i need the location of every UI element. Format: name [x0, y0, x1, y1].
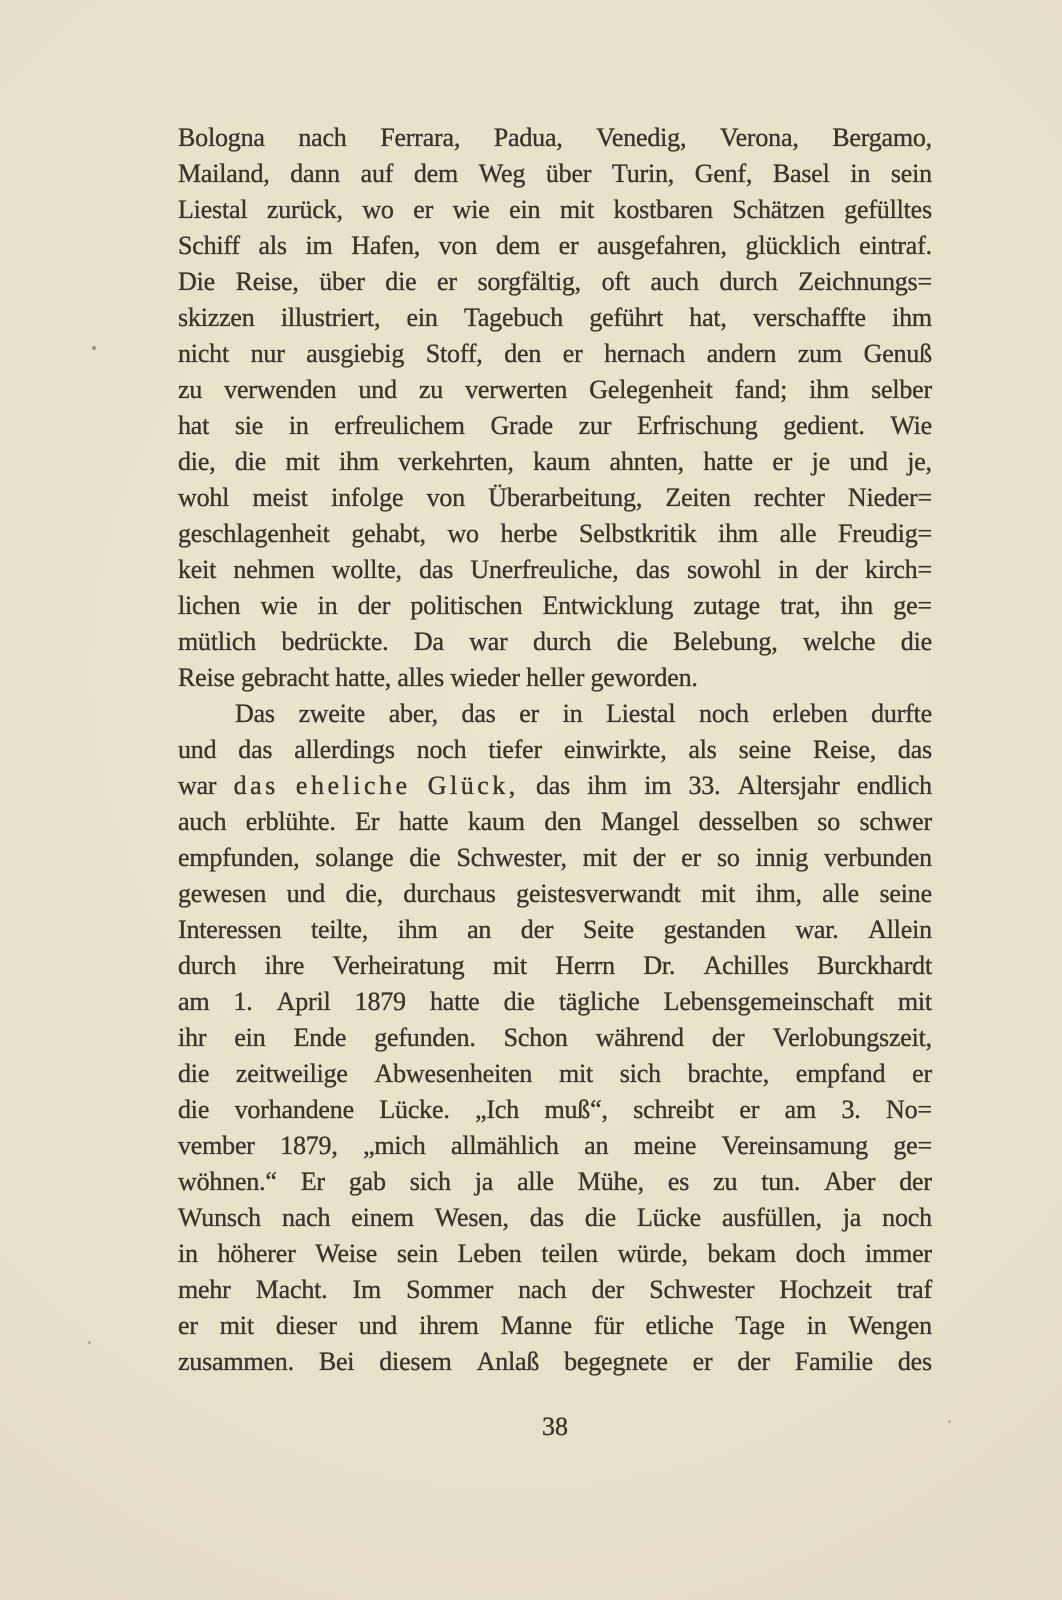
text-line: mehrMacht.ImSommernachderSchwesterHochze… [178, 1272, 932, 1308]
paragraph: Daszweiteaber,daserinLiestalnocherlebend… [178, 696, 932, 1380]
text-line: WunschnacheinemWesen,dasdieLückeausfülle… [178, 1200, 932, 1236]
text-line: gewesenunddie,durchausgeistesverwandtmit… [178, 876, 932, 912]
text-line: Liestalzurück,woerwieeinmitkostbarenSchä… [178, 192, 932, 228]
text-line: zuverwendenundzuverwertenGelegenheitfand… [178, 372, 932, 408]
page-number: 38 [178, 1408, 932, 1446]
text-line: wohlmeistinfolgevonÜberarbeitung,Zeitenr… [178, 480, 932, 516]
book-page: BolognanachFerrara,Padua,Venedig,Verona,… [0, 0, 1062, 1600]
text-line: vember1879,„michallmählichanmeineVereins… [178, 1128, 932, 1164]
text-line: lichenwieinderpolitischenEntwicklungzuta… [178, 588, 932, 624]
text-line: Mailand,dannaufdemWegüberTurin,Genf,Base… [178, 156, 932, 192]
text-line: die,diemitihmverkehrten,kaumahnten,hatte… [178, 444, 932, 480]
text-line: wardasehelicheGlück,dasihmim33.Altersjah… [178, 768, 932, 804]
text-line: Reise gebracht hatte, alles wieder helle… [178, 660, 932, 696]
text-line: Interessenteilte,ihmanderSeitegestandenw… [178, 912, 932, 948]
text-line: durchihreVerheiratungmitHerrnDr.Achilles… [178, 948, 932, 984]
text-line: wöhnen.“ErgabsichjaalleMühe,eszutun.Aber… [178, 1164, 932, 1200]
text-line: mütlichbedrückte.DawardurchdieBelebung,w… [178, 624, 932, 660]
text-line: zusammen.BeidiesemAnlaßbegegneteerderFam… [178, 1344, 932, 1380]
scan-speck [88, 1341, 91, 1344]
text-line: geschlagenheitgehabt,woherbeSelbstkritik… [178, 516, 932, 552]
text-line: hatsieinerfreulichemGradezurErfrischungg… [178, 408, 932, 444]
text-line: inhöhererWeiseseinLebenteilenwürde,bekam… [178, 1236, 932, 1272]
text-line: SchiffalsimHafen,vondemerausgefahren,glü… [178, 228, 932, 264]
text-line: keitnehmenwollte,dasUnerfreuliche,dassow… [178, 552, 932, 588]
text-line: skizzenillustriert,einTagebuchgeführthat… [178, 300, 932, 336]
text-line: unddasallerdingsnochtiefereinwirkte,alss… [178, 732, 932, 768]
text-line: DieReise,überdieersorgfältig,oftauchdurc… [178, 264, 932, 300]
text-line: ermitdieserundihremMannefüretlicheTagein… [178, 1308, 932, 1344]
text-line: aucherblühte.ErhattekaumdenMangeldesselb… [178, 804, 932, 840]
text-block: BolognanachFerrara,Padua,Venedig,Verona,… [178, 120, 932, 1380]
text-line: empfunden,solangedieSchwester,mitdererso… [178, 840, 932, 876]
text-line: ihreinEndegefunden.SchonwährendderVerlob… [178, 1020, 932, 1056]
text-line: BolognanachFerrara,Padua,Venedig,Verona,… [178, 120, 932, 156]
text-line: dievorhandeneLücke.„Ichmuß“,schreibteram… [178, 1092, 932, 1128]
text-line: diezeitweiligeAbwesenheitenmitsichbracht… [178, 1056, 932, 1092]
paragraph: BolognanachFerrara,Padua,Venedig,Verona,… [178, 120, 932, 696]
scan-speck [92, 346, 96, 350]
text-line: Daszweiteaber,daserinLiestalnocherlebend… [178, 696, 932, 732]
text-line: am1.April1879hattedietäglicheLebensgemei… [178, 984, 932, 1020]
text-line: nichtnurausgiebigStoff,denerhernachander… [178, 336, 932, 372]
scan-speck [948, 1420, 951, 1423]
